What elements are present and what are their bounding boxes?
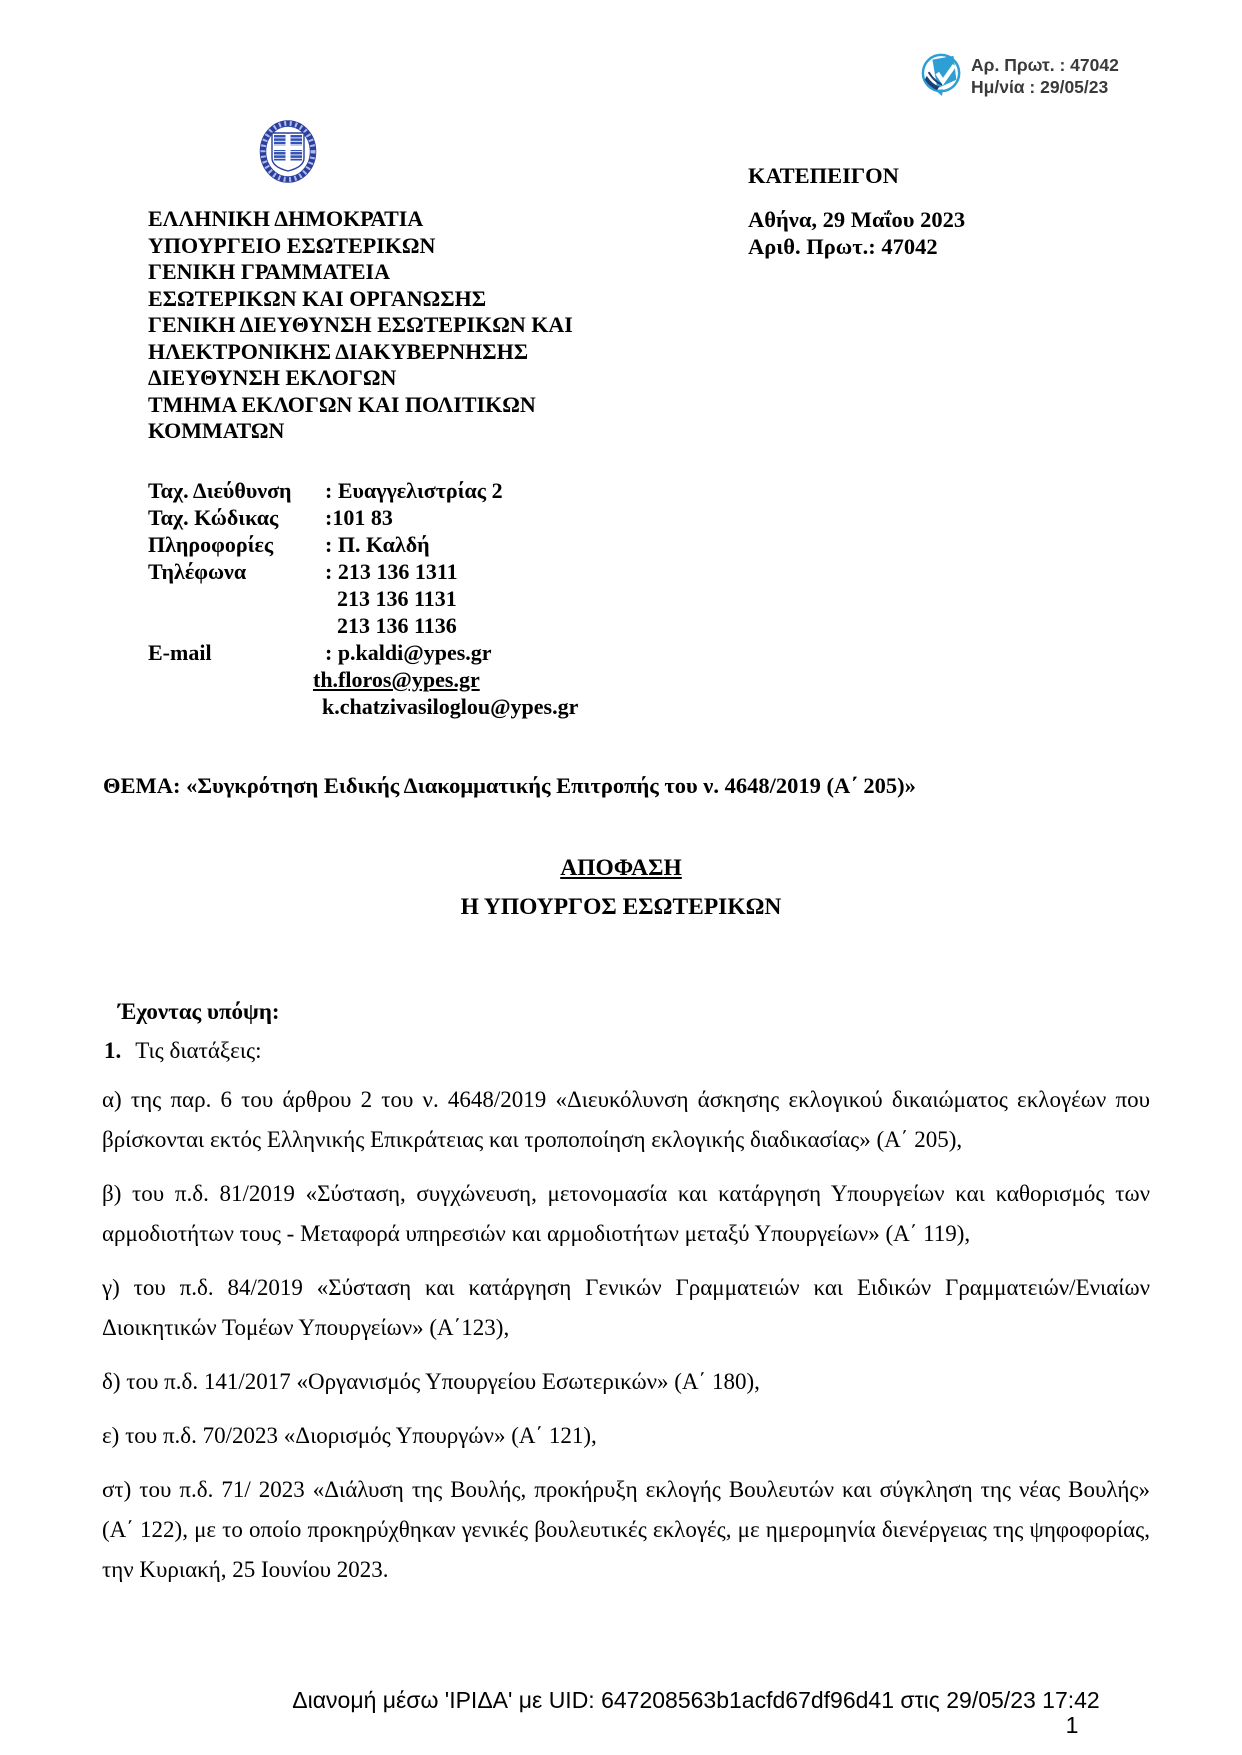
paragraph-a: α) της παρ. 6 του άρθρου 2 του ν. 4648/2… (102, 1080, 1150, 1160)
contact-row-email-2: th.floros@ypes.gr (148, 666, 578, 693)
contact-value: : 213 136 1311 (325, 558, 458, 585)
letterhead-line: ΕΣΩΤΕΡΙΚΩΝ ΚΑΙ ΟΡΓΑΝΩΣΗΣ (148, 286, 573, 313)
contact-row-address: Ταχ. Διεύθυνση : Ευαγγελιστρίας 2 (148, 477, 578, 504)
decision-issuer: Η ΥΠΟΥΡΓΟΣ ΕΣΩΤΕΡΙΚΩΝ (0, 894, 1242, 921)
letterhead-line: ΚΟΜΜΑΤΩΝ (148, 418, 573, 445)
stamp-date: Ημ/νία : 29/05/23 (971, 77, 1119, 99)
contact-label: Ταχ. Διεύθυνση (148, 477, 325, 504)
footer-distribution-note: Διανομή μέσω 'ΙΡΙΔΑ' με UID: 647208563b1… (150, 1687, 1242, 1714)
subject-line: ΘΕΜΑ: «Συγκρότηση Ειδικής Διακομματικής … (103, 773, 1173, 799)
letterhead-line: ΓΕΝΙΚΗ ΔΙΕΥΘΥΝΣΗ ΕΣΩΤΕΡΙΚΩΝ ΚΑΙ (148, 312, 573, 339)
letterhead-line: ΤΜΗΜΑ ΕΚΛΟΓΩΝ ΚΑΙ ΠΟΛΙΤΙΚΩΝ (148, 392, 573, 419)
contact-row-email-3: k.chatzivasiloglou@ypes.gr (148, 693, 578, 720)
letterhead-line-republic: ΕΛΛΗΝΙΚΗ ΔΗΜΟΚΡΑΤΙΑ (148, 206, 573, 233)
contact-value: : p.kaldi@ypes.gr (325, 639, 492, 666)
contact-row-phone-2: 213 136 1131 (148, 585, 578, 612)
letterhead-line: ΗΛΕΚΤΡΟΝΙΚΗΣ ΔΙΑΚΥΒΕΡΝΗΣΗΣ (148, 339, 573, 366)
contact-value: 213 136 1131 (325, 585, 457, 612)
contact-value: 213 136 1136 (325, 612, 457, 639)
letterhead-line-ministry: ΥΠΟΥΡΓΕΙΟ ΕΣΩΤΕΡΙΚΩΝ (148, 233, 573, 260)
paragraph-b: β) του π.δ. 81/2019 «Σύσταση, συγχώνευση… (102, 1174, 1150, 1254)
stamp-protocol-number: Αρ. Πρωτ. : 47042 (971, 55, 1119, 77)
contact-label: E-mail (148, 639, 325, 666)
contact-label: Πληροφορίες (148, 531, 325, 558)
reference-block: ΚΑΤΕΠΕΙΓΟΝ Αθήνα, 29 Μαΐου 2023 Αριθ. Πρ… (748, 163, 965, 260)
letterhead-line: ΓΕΝΙΚΗ ΓΡΑΜΜΑΤΕΙΑ (148, 259, 573, 286)
decision-title: ΑΠΟΦΑΣΗ (0, 855, 1242, 882)
contact-value: : Ευαγγελιστρίας 2 (325, 477, 503, 504)
having-regard-heading: Έχοντας υπόψη: (118, 999, 280, 1025)
contact-row-email: E-mail : p.kaldi@ypes.gr (148, 639, 578, 666)
provisions-item: 1.Τις διατάξεις: (104, 1038, 262, 1064)
paragraph-c: γ) του π.δ. 84/2019 «Σύσταση και κατάργη… (102, 1268, 1150, 1348)
letterhead-block: ΕΛΛΗΝΙΚΗ ΔΗΜΟΚΡΑΤΙΑ ΥΠΟΥΡΓΕΙΟ ΕΣΩΤΕΡΙΚΩΝ… (148, 206, 573, 445)
paragraph-e: ε) του π.δ. 70/2023 «Διορισμός Υπουργών»… (102, 1416, 1150, 1456)
page-number: 1 (1058, 1712, 1086, 1739)
greek-coat-of-arms-icon (259, 120, 317, 183)
contact-value: :101 83 (325, 504, 393, 531)
paragraph-d: δ) του π.δ. 141/2017 «Οργανισμός Υπουργε… (102, 1362, 1150, 1402)
contact-row-phone-3: 213 136 1136 (148, 612, 578, 639)
contact-row-information: Πληροφορίες : Π. Καλδή (148, 531, 578, 558)
contact-value: k.chatzivasiloglou@ypes.gr (322, 693, 578, 720)
letterhead-line: ΔΙΕΥΘΥΝΣΗ ΕΚΛΟΓΩΝ (148, 365, 573, 392)
document-page: Αρ. Πρωτ. : 47042 Ημ/νία : 29/05/23 ΕΛΛΗ… (0, 0, 1242, 1755)
contact-row-postcode: Ταχ. Κώδικας :101 83 (148, 504, 578, 531)
contact-block: Ταχ. Διεύθυνση : Ευαγγελιστρίας 2 Ταχ. Κ… (148, 477, 578, 720)
urgency-label: ΚΑΤΕΠΕΙΓΟΝ (748, 163, 965, 189)
item-number: 1. (104, 1038, 121, 1063)
item-text: Τις διατάξεις: (135, 1038, 261, 1063)
contact-value: : Π. Καλδή (325, 531, 430, 558)
protocol-number: Αριθ. Πρωτ.: 47042 (748, 234, 965, 261)
irida-logo-icon (921, 50, 963, 103)
city-date: Αθήνα, 29 Μαΐου 2023 (748, 207, 965, 234)
contact-label: Τηλέφωνα (148, 558, 325, 585)
contact-row-phone: Τηλέφωνα : 213 136 1311 (148, 558, 578, 585)
email-link[interactable]: th.floros@ypes.gr (313, 666, 480, 693)
protocol-stamp: Αρ. Πρωτ. : 47042 Ημ/νία : 29/05/23 (921, 50, 1119, 103)
paragraph-st: στ) του π.δ. 71/ 2023 «Διάλυση της Βουλή… (102, 1470, 1150, 1590)
body-paragraphs: α) της παρ. 6 του άρθρου 2 του ν. 4648/2… (102, 1080, 1150, 1604)
contact-label: Ταχ. Κώδικας (148, 504, 325, 531)
